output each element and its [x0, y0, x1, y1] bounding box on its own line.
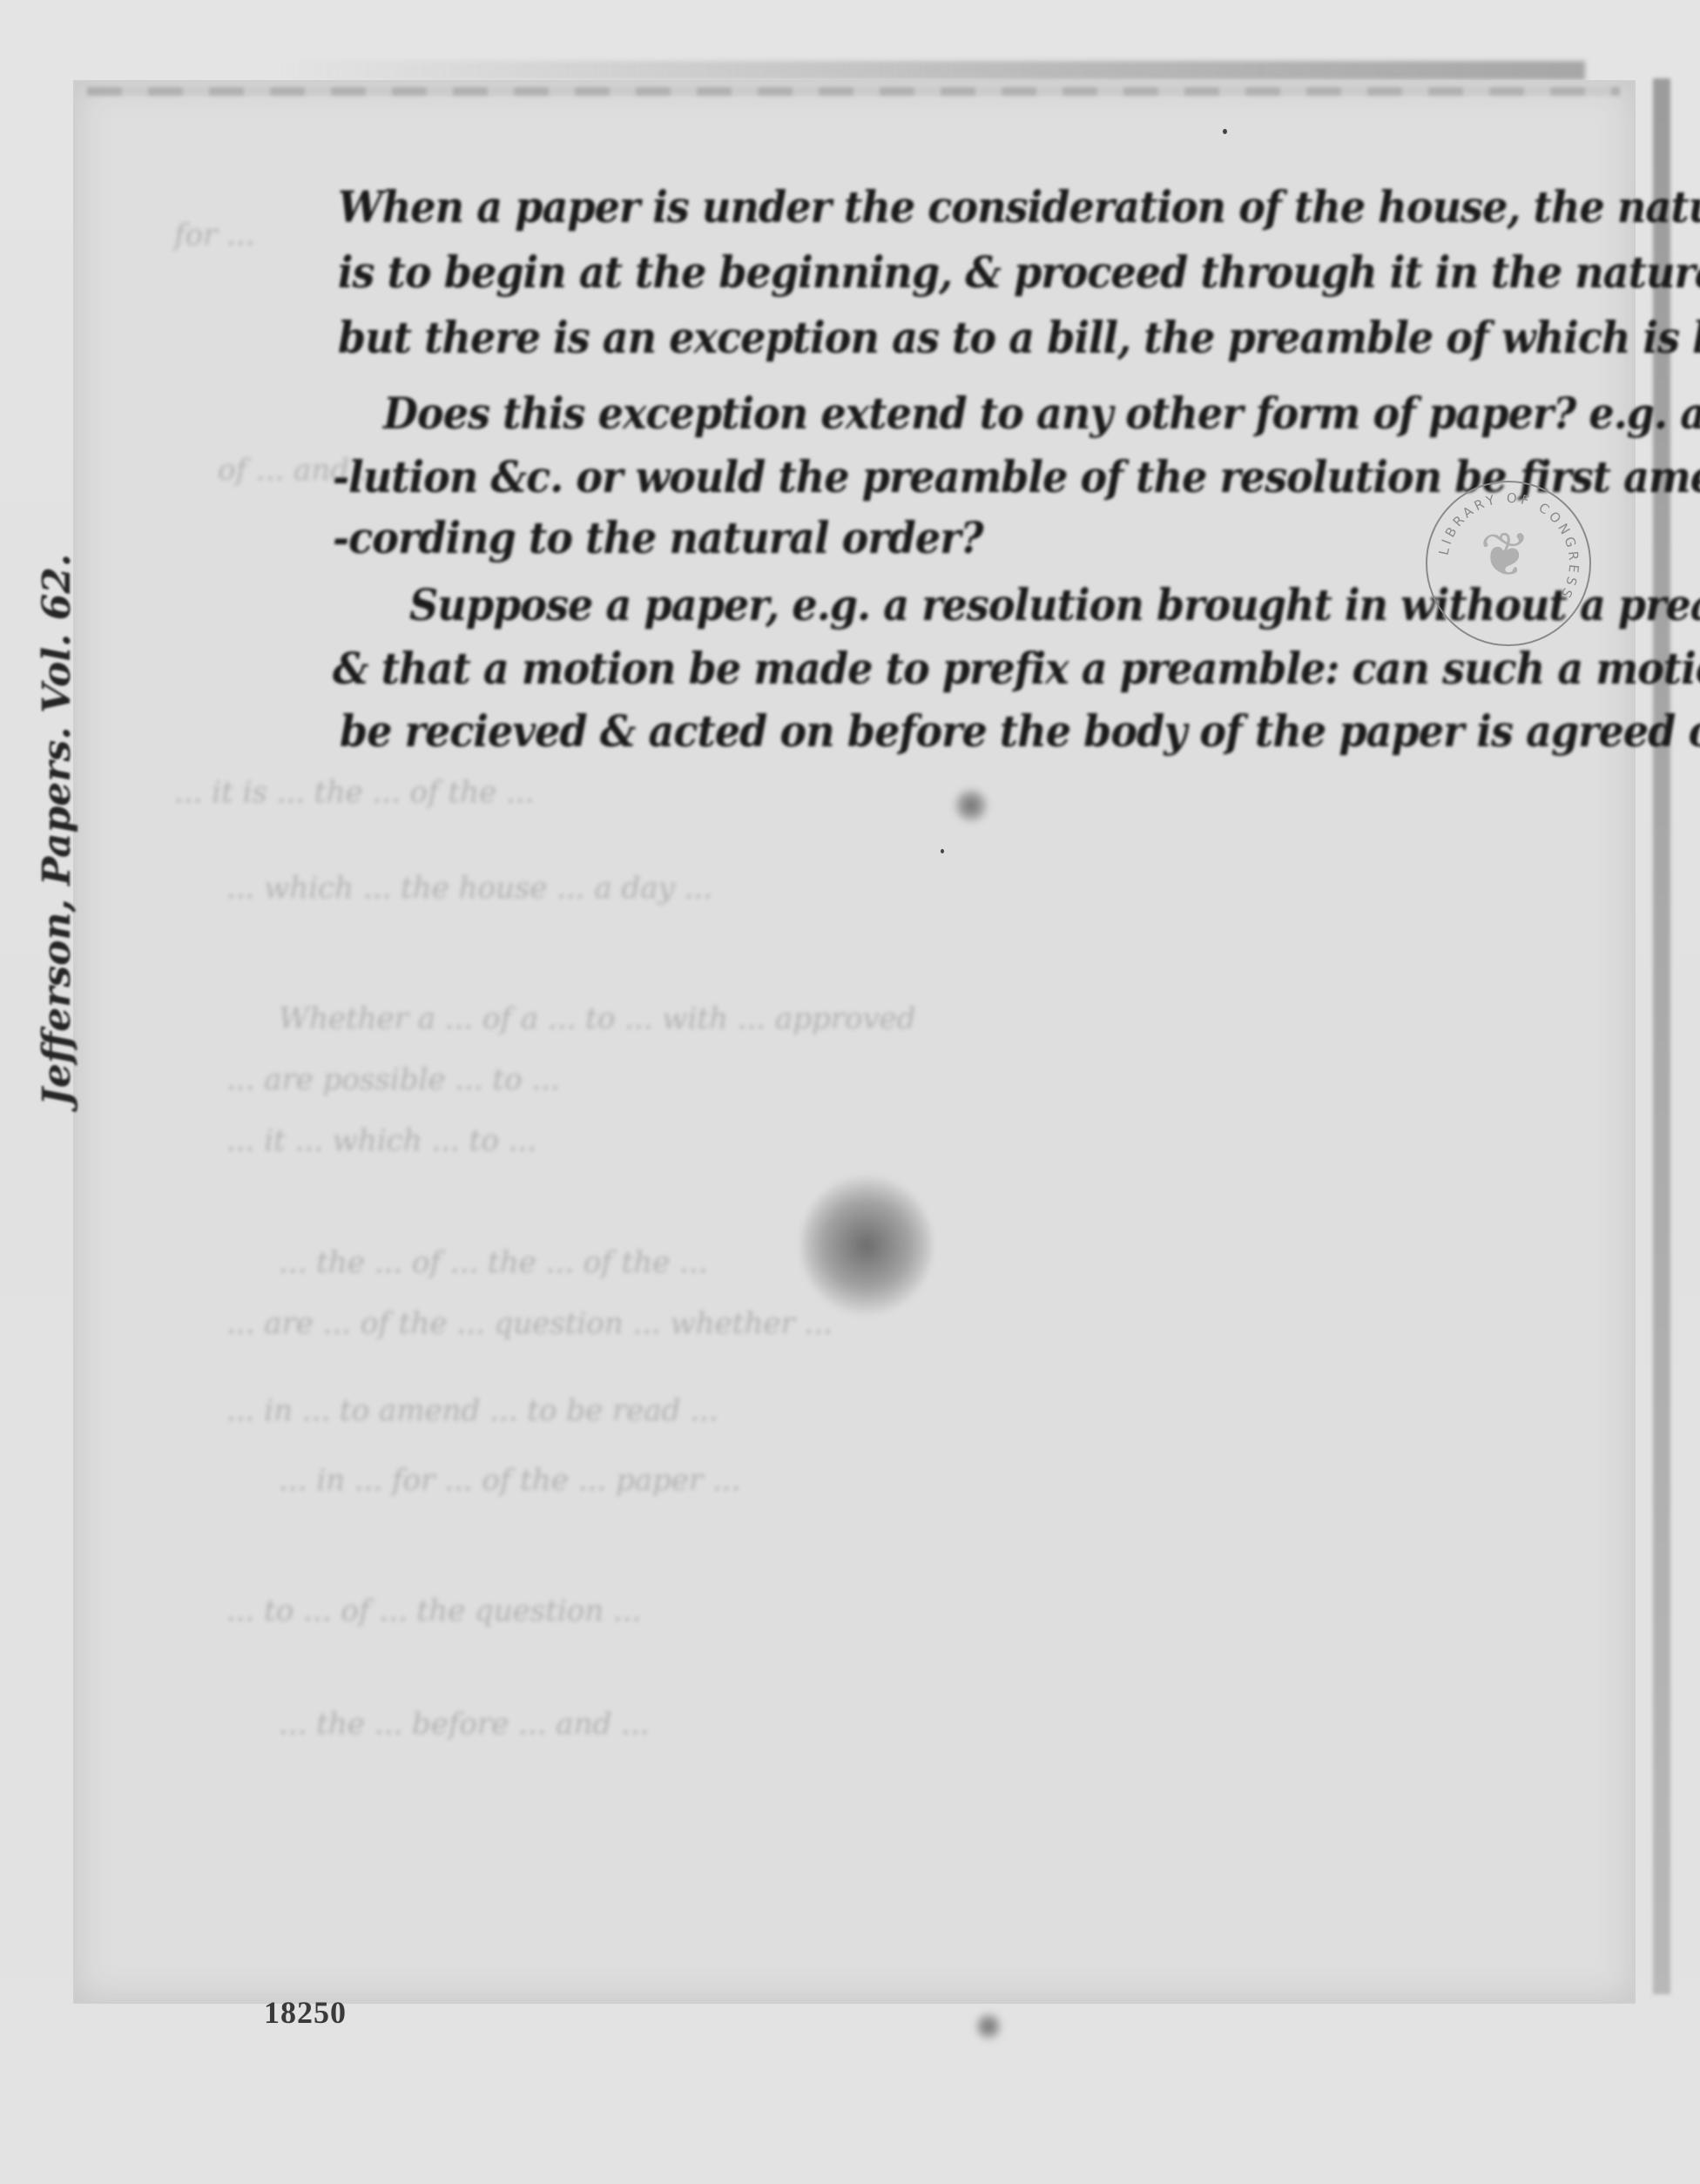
ghost-line: ... to ... of ... the question ... [226, 1594, 641, 1628]
speck [1223, 129, 1227, 134]
ink-blot [954, 788, 988, 823]
ghost-line: ... it is ... the ... of the ... [174, 775, 534, 810]
ghost-line: ... are ... of the ... question ... whet… [226, 1306, 833, 1341]
paragraph-3-line-3: be recieved & acted on before the body o… [340, 705, 1700, 757]
ghost-line: ... which ... the house ... a day ... [226, 871, 712, 906]
ghost-line: ... are possible ... to ... [226, 1062, 560, 1097]
paragraph-1-line-1: When a paper is under the consideration … [338, 181, 1700, 233]
ink-blot [975, 2012, 1002, 2041]
library-of-congress-stamp: ❦ LIBRARY OF CONGRESS [1426, 481, 1591, 646]
ghost-line: ... the ... before ... and ... [279, 1707, 649, 1742]
page-edge-wear [87, 87, 1620, 96]
ghost-line: ... it ... which ... to ... [226, 1123, 536, 1158]
paragraph-2-line-1: Does this exception extend to any other … [383, 388, 1700, 439]
ghost-line: ... in ... for ... of the ... paper ... [279, 1463, 740, 1498]
svg-text:LIBRARY OF CONGRESS: LIBRARY OF CONGRESS [1436, 490, 1582, 603]
ghost-line: ... the ... of ... the ... of the ... [279, 1245, 708, 1280]
ghost-line: for ... [174, 218, 255, 253]
ghost-line: Whether a ... of a ... to ... with ... a… [279, 1001, 916, 1036]
ghost-line: ... in ... to amend ... to be read ... [226, 1393, 718, 1428]
speck [941, 849, 944, 853]
page-top-shadow [279, 61, 1585, 80]
stamp-lettering: LIBRARY OF CONGRESS [1427, 482, 1589, 644]
margin-note: Jefferson, Papers. Vol. 62. [35, 554, 79, 1106]
paragraph-2-line-3: -cording to the natural order? [333, 512, 983, 563]
paragraph-1-line-2: is to begin at the beginning, & proceed … [338, 246, 1700, 298]
catalog-number: 18250 [264, 1994, 347, 2031]
paragraph-3-line-2: & that a motion be made to prefix a prea… [333, 643, 1700, 694]
ink-blot [801, 1176, 932, 1315]
page-right-shadow [1653, 78, 1670, 1994]
paragraph-1-line-3: but there is an exception as to a bill, … [338, 312, 1700, 363]
